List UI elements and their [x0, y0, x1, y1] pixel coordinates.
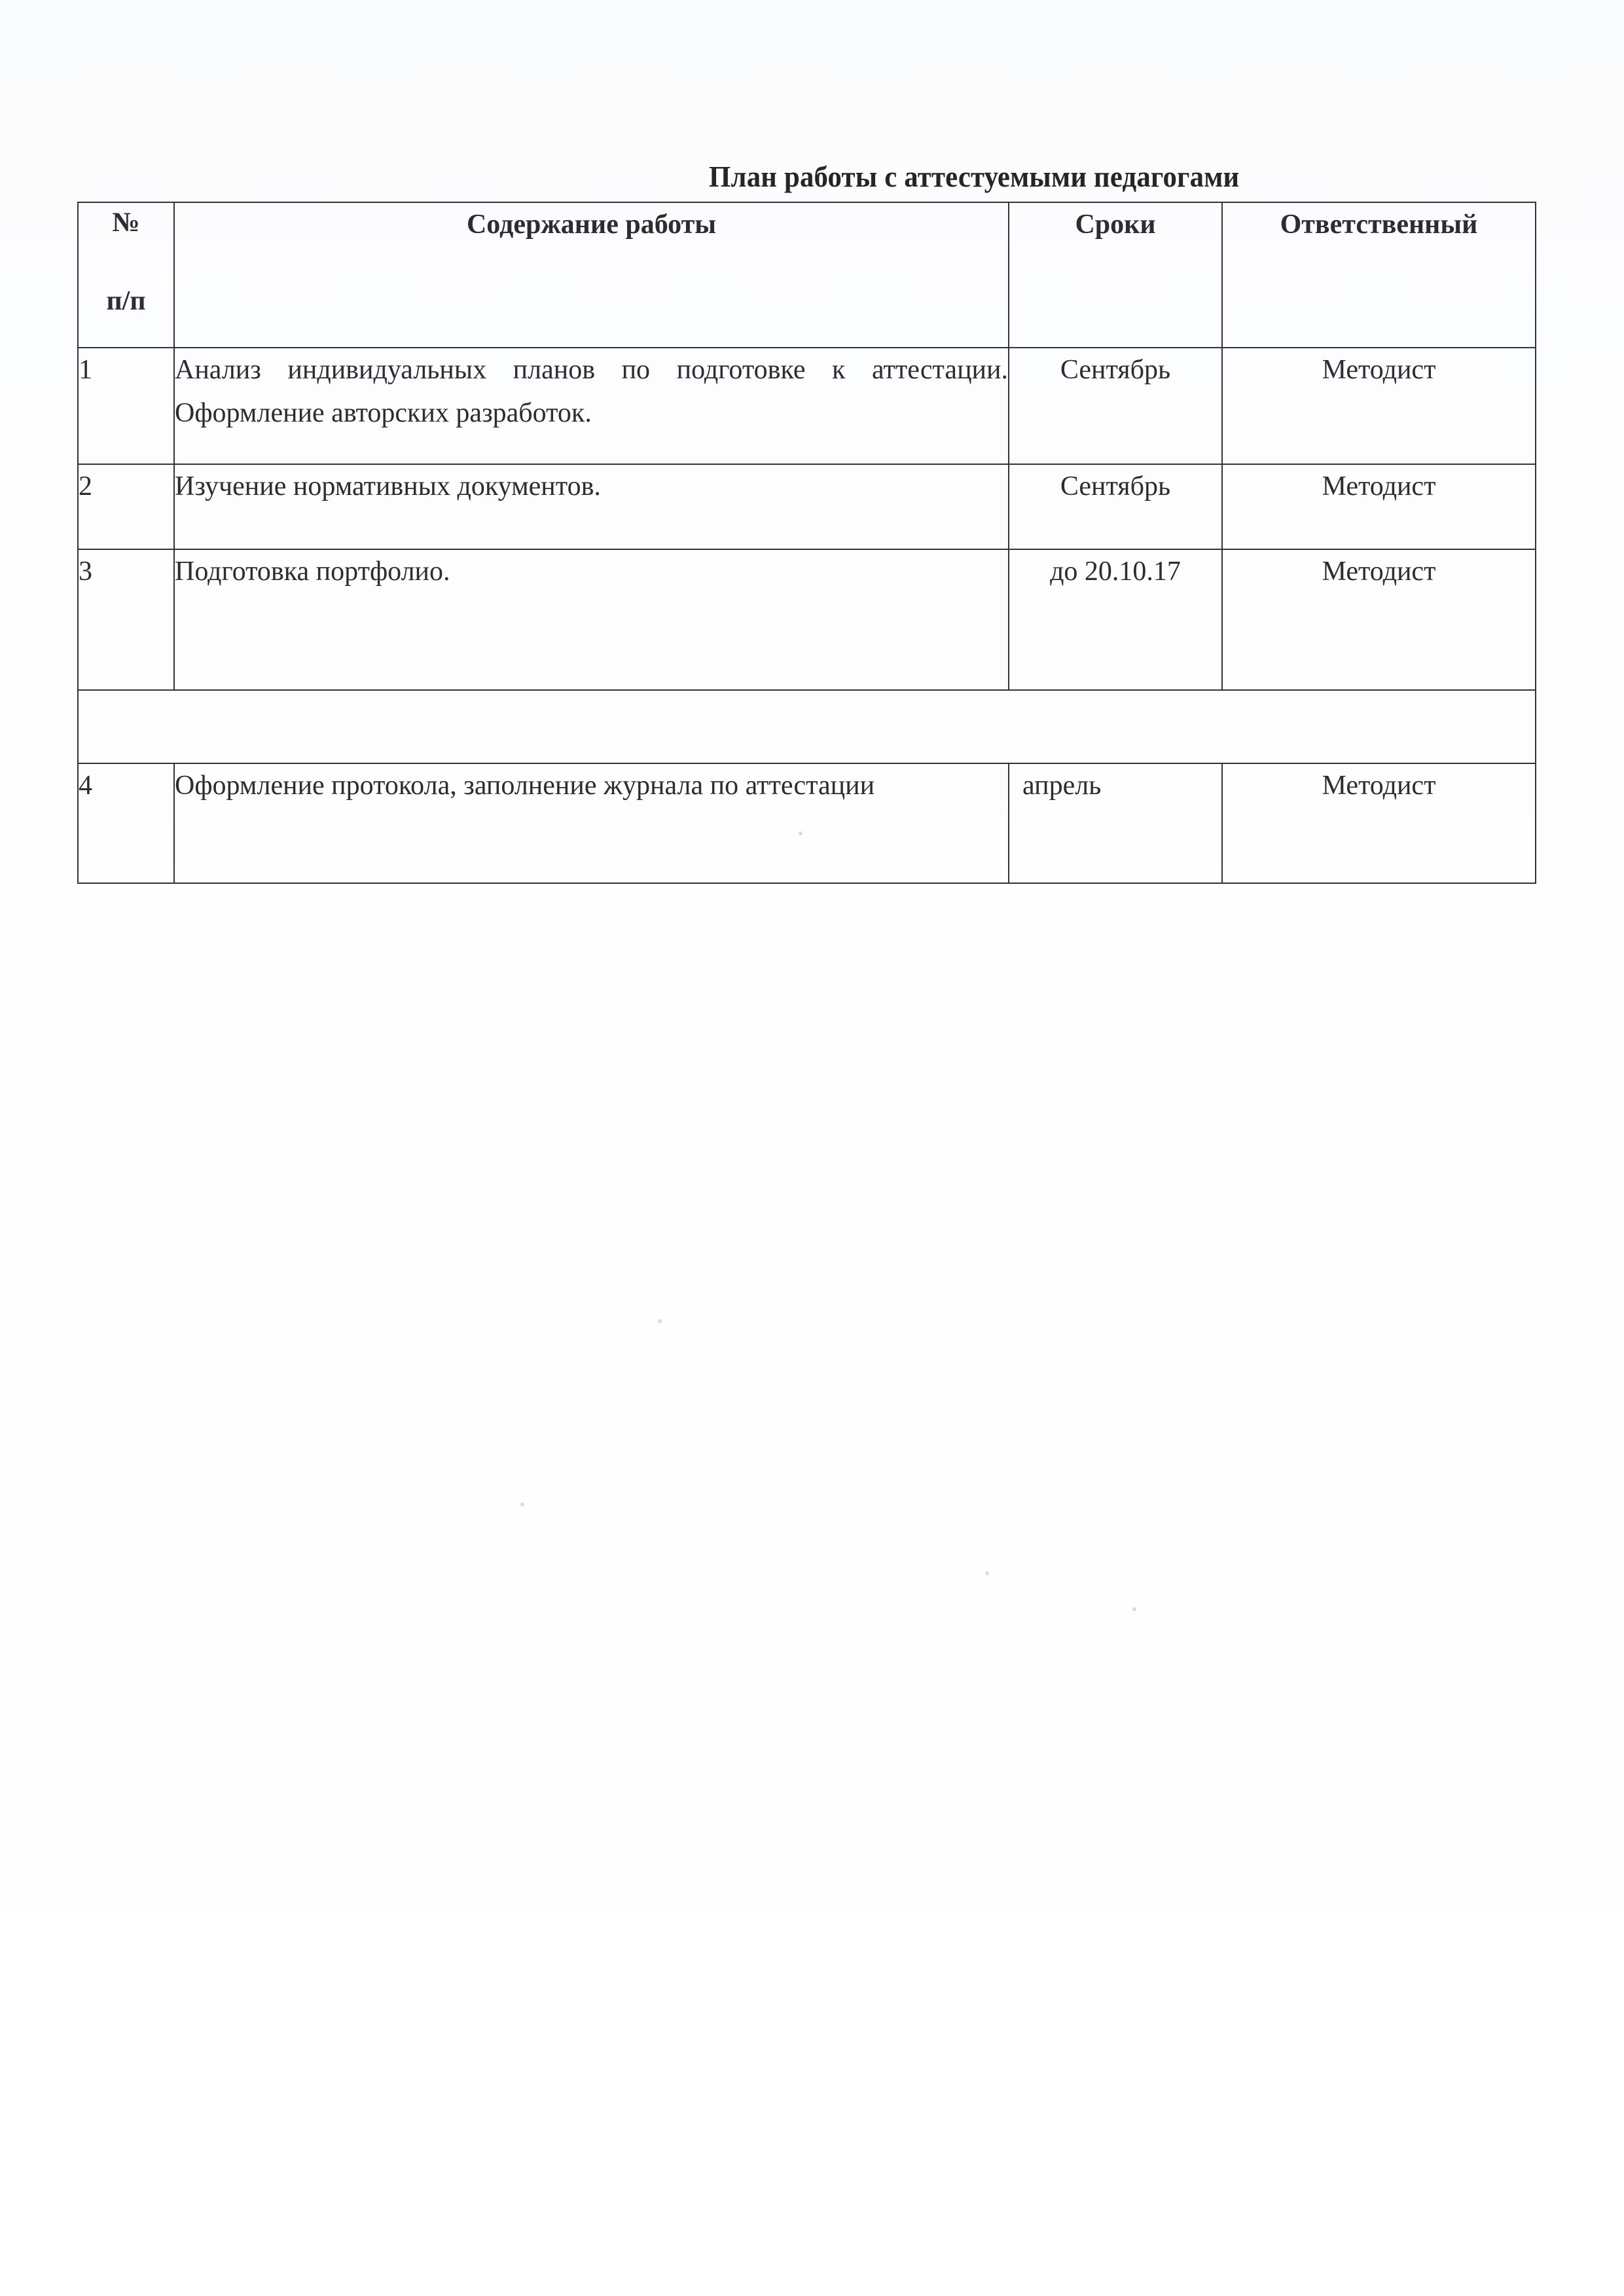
header-number: № п/п: [78, 202, 174, 348]
row-work: Анализ индивидуальных планов по подготов…: [174, 348, 1009, 464]
row-responsible: Методист: [1222, 763, 1536, 883]
row-responsible: Методист: [1222, 348, 1536, 464]
header-deadline: Сроки: [1009, 202, 1222, 348]
table-row-empty: [78, 690, 1536, 763]
row-deadline: Сентябрь: [1009, 348, 1222, 464]
scan-speck: [658, 1319, 662, 1323]
row-deadline: Сентябрь: [1009, 464, 1222, 549]
table-row: 2 Изучение нормативных документов. Сентя…: [78, 464, 1536, 549]
row-number: 2: [78, 464, 174, 549]
row-work: Изучение нормативных документов.: [174, 464, 1009, 549]
document-title: План работы с аттестуемыми педагогами: [61, 157, 1571, 196]
table-row: 1 Анализ индивидуальных планов по подгот…: [78, 348, 1536, 464]
header-responsible: Ответственный: [1222, 202, 1536, 348]
scan-speck: [799, 831, 803, 835]
header-work-content: Содержание работы: [174, 202, 1009, 348]
row-responsible: Методист: [1222, 464, 1536, 549]
row-deadline: апрель: [1009, 763, 1222, 883]
scan-speck: [520, 1503, 524, 1506]
row-number: 4: [78, 763, 174, 883]
row-work: Оформление протокола, заполнение журнала…: [174, 763, 1009, 883]
table-header-row: № п/п Содержание работы Сроки Ответствен…: [78, 202, 1536, 348]
header-number-symbol: №: [79, 203, 173, 242]
row-number: 1: [78, 348, 174, 464]
scanned-page: План работы с аттестуемыми педагогами № …: [0, 0, 1624, 2296]
header-number-abbrev: п/п: [79, 282, 173, 321]
empty-merged-cell: [78, 690, 1536, 763]
scan-speck: [985, 1571, 989, 1575]
row-work: Подготовка портфолио.: [174, 549, 1009, 690]
table-row: 4 Оформление протокола, заполнение журна…: [78, 763, 1536, 883]
scan-speck: [1132, 1607, 1136, 1611]
row-number: 3: [78, 549, 174, 690]
document-title-text: План работы с аттестуемыми педагогами: [709, 157, 1239, 196]
row-responsible: Методист: [1222, 549, 1536, 690]
table-row: 3 Подготовка портфолио. до 20.10.17 Мето…: [78, 549, 1536, 690]
row-deadline: до 20.10.17: [1009, 549, 1222, 690]
attestation-plan-table: № п/п Содержание работы Сроки Ответствен…: [77, 202, 1536, 884]
